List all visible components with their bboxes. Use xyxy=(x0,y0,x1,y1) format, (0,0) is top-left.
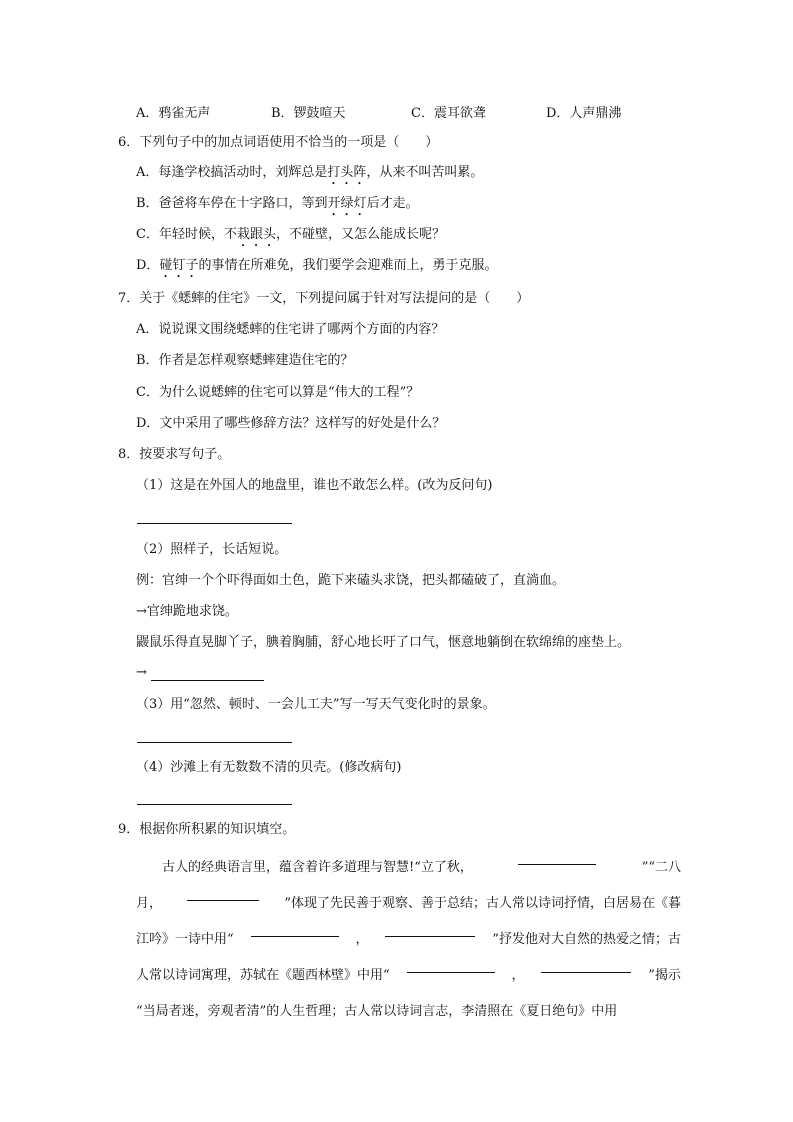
q7-option-c: C．为什么说蟋蟀的住宅可以算是“伟大的工程”？ xyxy=(136,384,419,402)
q5-option-a: A．鸦雀无声 xyxy=(136,102,271,121)
q9-row4-head: 人常以诗词寓理，苏轼在《题西林壁》中用“ xyxy=(136,958,390,994)
q9-row1-text: 古人的经典语言里，蕴含着许多道理与智慧!“立了秋， xyxy=(162,850,473,886)
q6-d-post: 的事情在所难免，我们要学会迎难而上，勇于克服。 xyxy=(198,258,497,273)
q7-option-a: A．说说课文围绕蟋蟀的住宅讲了哪两个方面的内容？ xyxy=(136,321,444,339)
q6-c-pre: C．年轻时候，不 xyxy=(136,227,237,242)
q6-c-post: ，不碰壁，又怎么能成长呢？ xyxy=(276,227,445,242)
q8-example: 例：官绅一个个吓得面如土色，跪下来磕头求饶，把头都磕破了，直淌血。 xyxy=(136,572,565,590)
q5-option-b: B．锣鼓喧天 xyxy=(271,102,411,121)
q9-row3-tail: ”抒发他对大自然的热爱之情；古 xyxy=(492,922,681,958)
q9-blank-5[interactable] xyxy=(407,958,495,973)
q8-task-sentence: 鼹鼠乐得直晃脚丫子，腆着胸脯，舒心地长吁了口气，惬意地躺倒在软绵绵的座垫上。 xyxy=(136,634,630,652)
q5-options: A．鸦雀无声 B．锣鼓喧天 C．震耳欲聋 D．人声鼎沸 xyxy=(136,102,656,121)
q7-option-b: B．作者是怎样观察蟋蟀建造住宅的？ xyxy=(136,352,354,370)
q9-blank-6[interactable] xyxy=(541,958,631,973)
q9-row-2: 月， ”体现了先民善于观察、善于总结；古人常以诗词抒情，白居易在《暮 xyxy=(136,886,681,922)
q9-passage: 古人的经典语言里，蕴含着许多道理与智慧!“立了秋， ”“二八 月， ”体现了先民… xyxy=(136,850,681,1030)
q9-row3-head: 江吟》一诗中用“ xyxy=(136,922,234,958)
q9-row5-text: “当局者迷，旁观者清”的人生哲理；古人常以诗词言志，李清照在《夏日绝句》中用 xyxy=(136,994,617,1030)
q8-sub4-answer-line[interactable] xyxy=(137,804,292,805)
q8-arrow: → xyxy=(136,664,147,682)
q6-stem: 6．下列句子中的加点词语使用不恰当的一项是（ ） xyxy=(118,134,438,152)
q8-sub4: （4）沙滩上有无数数不清的贝壳。(修改病句) xyxy=(136,759,401,777)
q6-option-c: C．年轻时候，不栽跟头，不碰壁，又怎么能成长呢？ xyxy=(136,226,445,250)
q7-option-d: D．文中采用了哪些修辞方法？这样写的好处是什么？ xyxy=(136,415,445,433)
q7-stem: 7．关于《蟋蟀的住宅》一文，下列提问属于针对写法提问的是（ ） xyxy=(118,290,529,308)
q9-row-5: “当局者迷，旁观者清”的人生哲理；古人常以诗词言志，李清照在《夏日绝句》中用 xyxy=(136,994,681,1030)
q9-row-3: 江吟》一诗中用“ ， ”抒发他对大自然的热爱之情；古 xyxy=(136,922,681,958)
q9-blank-3[interactable] xyxy=(251,922,339,937)
q5-option-c: C．震耳欲聋 xyxy=(411,102,546,121)
q9-blank-1[interactable] xyxy=(518,850,596,865)
q6-b-dotted: 开绿灯 xyxy=(328,196,367,211)
q8-sub2: （2）照样子，长话短说。 xyxy=(136,541,287,559)
q6-a-post: ，从来不叫苦叫累。 xyxy=(366,165,483,180)
q8-sub3: （3）用“忽然、顿时、一会儿工夫”写一写天气变化时的景象。 xyxy=(136,696,496,714)
q9-row3-comma: ， xyxy=(355,922,368,958)
q9-blank-4[interactable] xyxy=(385,922,475,937)
q6-option-a: A．每逢学校搞活动时，刘辉总是打头阵，从来不叫苦叫累。 xyxy=(136,164,483,188)
q6-d-dotted: 碰钉子 xyxy=(159,258,198,273)
q6-d-pre: D． xyxy=(136,258,159,273)
q9-row2-head: 月， xyxy=(136,886,162,922)
q9-row4-tail: ”揭示 xyxy=(648,958,681,994)
q6-c-dotted: 栽跟头 xyxy=(237,227,276,242)
q6-a-dotted: 打头阵 xyxy=(327,165,366,180)
q9-stem: 9．根据你所积累的知识填空。 xyxy=(118,821,295,839)
q6-b-pre: B．爸爸将车停在十字路口，等到 xyxy=(136,196,328,211)
q8-sub2-answer-line[interactable] xyxy=(151,680,264,681)
q6-a-pre: A．每逢学校搞活动时，刘辉总是 xyxy=(136,165,327,180)
q9-row4-comma: ， xyxy=(511,958,524,994)
q6-b-post: 后才走。 xyxy=(367,196,419,211)
q6-option-b: B．爸爸将车停在十字路口，等到开绿灯后才走。 xyxy=(136,195,419,219)
q6-option-d: D．碰钉子的事情在所难免，我们要学会迎难而上，勇于克服。 xyxy=(136,257,497,281)
q8-sub3-answer-line[interactable] xyxy=(137,742,292,743)
q9-row2-text: ”体现了先民善于观察、善于总结；古人常以诗词抒情，白居易在《暮 xyxy=(284,886,681,922)
q8-sub1-answer-line[interactable] xyxy=(137,523,292,524)
q9-row-1: 古人的经典语言里，蕴含着许多道理与智慧!“立了秋， ”“二八 xyxy=(136,850,681,886)
q8-example-answer: →官绅跪地求饶。 xyxy=(136,603,238,621)
q8-stem: 8．按要求写句子。 xyxy=(118,446,230,464)
q5-option-d: D．人声鼎沸 xyxy=(546,102,621,121)
q9-blank-2[interactable] xyxy=(187,886,259,901)
q9-row-4: 人常以诗词寓理，苏轼在《题西林壁》中用“ ， ”揭示 xyxy=(136,958,681,994)
q9-row1-tail: ”“二八 xyxy=(642,850,681,886)
q8-sub1: （1）这是在外国人的地盘里，谁也不敢怎么样。(改为反问句) xyxy=(136,477,492,495)
